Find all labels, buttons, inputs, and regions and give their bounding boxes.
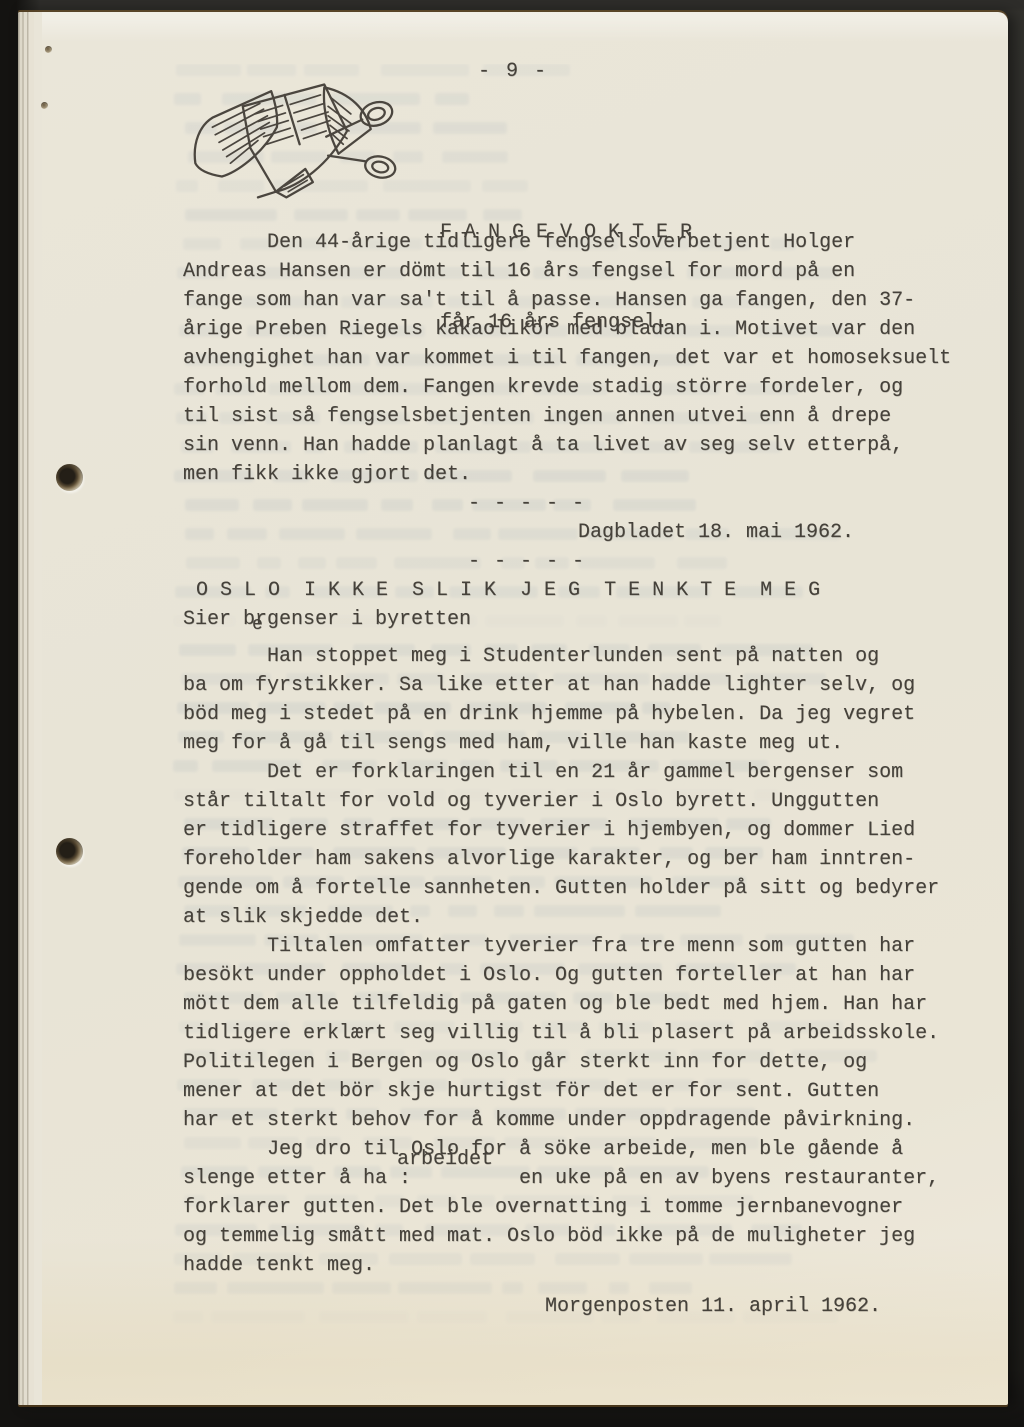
typed-line: er tidligere straffet for tyverier i hje… <box>183 816 975 845</box>
typed-line: men fikk ikke gjort det. <box>183 460 975 489</box>
article2-source: Morgenposten 11. april 1962. <box>545 1292 975 1321</box>
typed-line: at slik skjedde det. <box>183 903 975 932</box>
scan-backdrop: - 9 - F A N G E V O K T E R får <box>0 0 1024 1427</box>
article2-subhead: Sier bergenser i byretten <box>183 605 975 634</box>
typed-line: Politilegen i Bergen og Oslo går sterkt … <box>183 1048 975 1077</box>
typed-line: Tiltalen omfatter tyverier fra tre menn … <box>183 932 975 961</box>
punch-hole-top <box>56 464 83 491</box>
typed-line: Den 44-årige tidligere fengselsoverbetje… <box>183 228 975 257</box>
typed-line: forhold mellom dem. Fangen krevde stadig… <box>183 373 975 402</box>
staple-mark <box>45 46 52 53</box>
typed-line: fange som han var sa't til å passe. Hans… <box>183 286 975 315</box>
page-number: - 9 - <box>18 60 1008 83</box>
typed-line: Han stoppet meg i Studenterlunden sent p… <box>183 642 975 671</box>
staple-mark <box>41 102 48 109</box>
typed-line: besökt under oppholdet i Oslo. Og gutten… <box>183 961 975 990</box>
typed-line: böd meg i stedet på en drink hjemme på h… <box>183 700 975 729</box>
typed-text-column: Den 44-årige tidligere fengselsoverbetje… <box>183 228 975 1321</box>
punch-hole-bottom <box>56 838 83 865</box>
typed-line: står tiltalt for vold og tyverier i Oslo… <box>183 787 975 816</box>
typed-line: har et sterkt behov for å komme under op… <box>183 1106 975 1135</box>
typed-line: ba om fyrstikker. Sa like etter at han h… <box>183 671 975 700</box>
typed-line: Jeg dro til Oslo for å söke arbeide, men… <box>183 1135 975 1164</box>
page-stack-edge <box>18 12 42 1405</box>
section-divider: - - - - - <box>468 547 975 576</box>
typed-line: årige Preben Riegels kakaolikör med blad… <box>183 315 975 344</box>
typed-line: foreholder ham sakens alvorlige karakter… <box>183 845 975 874</box>
newspaper-scissors-illustration <box>183 76 403 204</box>
article1-source: Dagbladet 18. mai 1962. <box>578 518 975 547</box>
typed-line: og temmelig smått med mat. Oslo böd ikke… <box>183 1222 975 1251</box>
document-page: - 9 - F A N G E V O K T E R får <box>18 12 1008 1405</box>
typed-line: Det er forklaringen til en 21 år gammel … <box>183 758 975 787</box>
interline-correction: arbeidet <box>397 1145 493 1174</box>
typed-line: tidligere erklært seg villig til å bli p… <box>183 1019 975 1048</box>
typed-line: mött dem alle tilfeldig på gaten og ble … <box>183 990 975 1019</box>
typed-correction-letter: e <box>252 611 263 640</box>
typed-line: Andreas Hansen er dömt til 16 års fengse… <box>183 257 975 286</box>
subhead-text: Sier b <box>183 608 255 631</box>
typed-line: avhengighet han var kommet i til fangen,… <box>183 344 975 373</box>
typed-line: meg for å gå til sengs med ham, ville ha… <box>183 729 975 758</box>
section-divider: - - - - - <box>468 489 975 518</box>
typed-line: sin venn. Han hadde planlagt å ta livet … <box>183 431 975 460</box>
typed-line: mener at det bör skje hurtigst för det e… <box>183 1077 975 1106</box>
article1-body: Den 44-årige tidligere fengselsoverbetje… <box>183 228 975 489</box>
typed-line: hadde tenkt meg. <box>183 1251 975 1280</box>
article2-body: Han stoppet meg i Studenterlunden sent p… <box>183 642 975 1280</box>
article2-headline: O S L O I K K E S L I K J E G T E N K T … <box>196 576 975 605</box>
typed-line: forklarer gutten. Det ble overnatting i … <box>183 1193 975 1222</box>
typed-line: gende om å fortelle sannheten. Gutten ho… <box>183 874 975 903</box>
typed-line: til sist så fengselsbetjenten ingen anne… <box>183 402 975 431</box>
subhead-text: rgenser i byretten <box>255 608 471 631</box>
typed-line: slenge etter å ha : en uke på en av byen… <box>183 1164 975 1193</box>
